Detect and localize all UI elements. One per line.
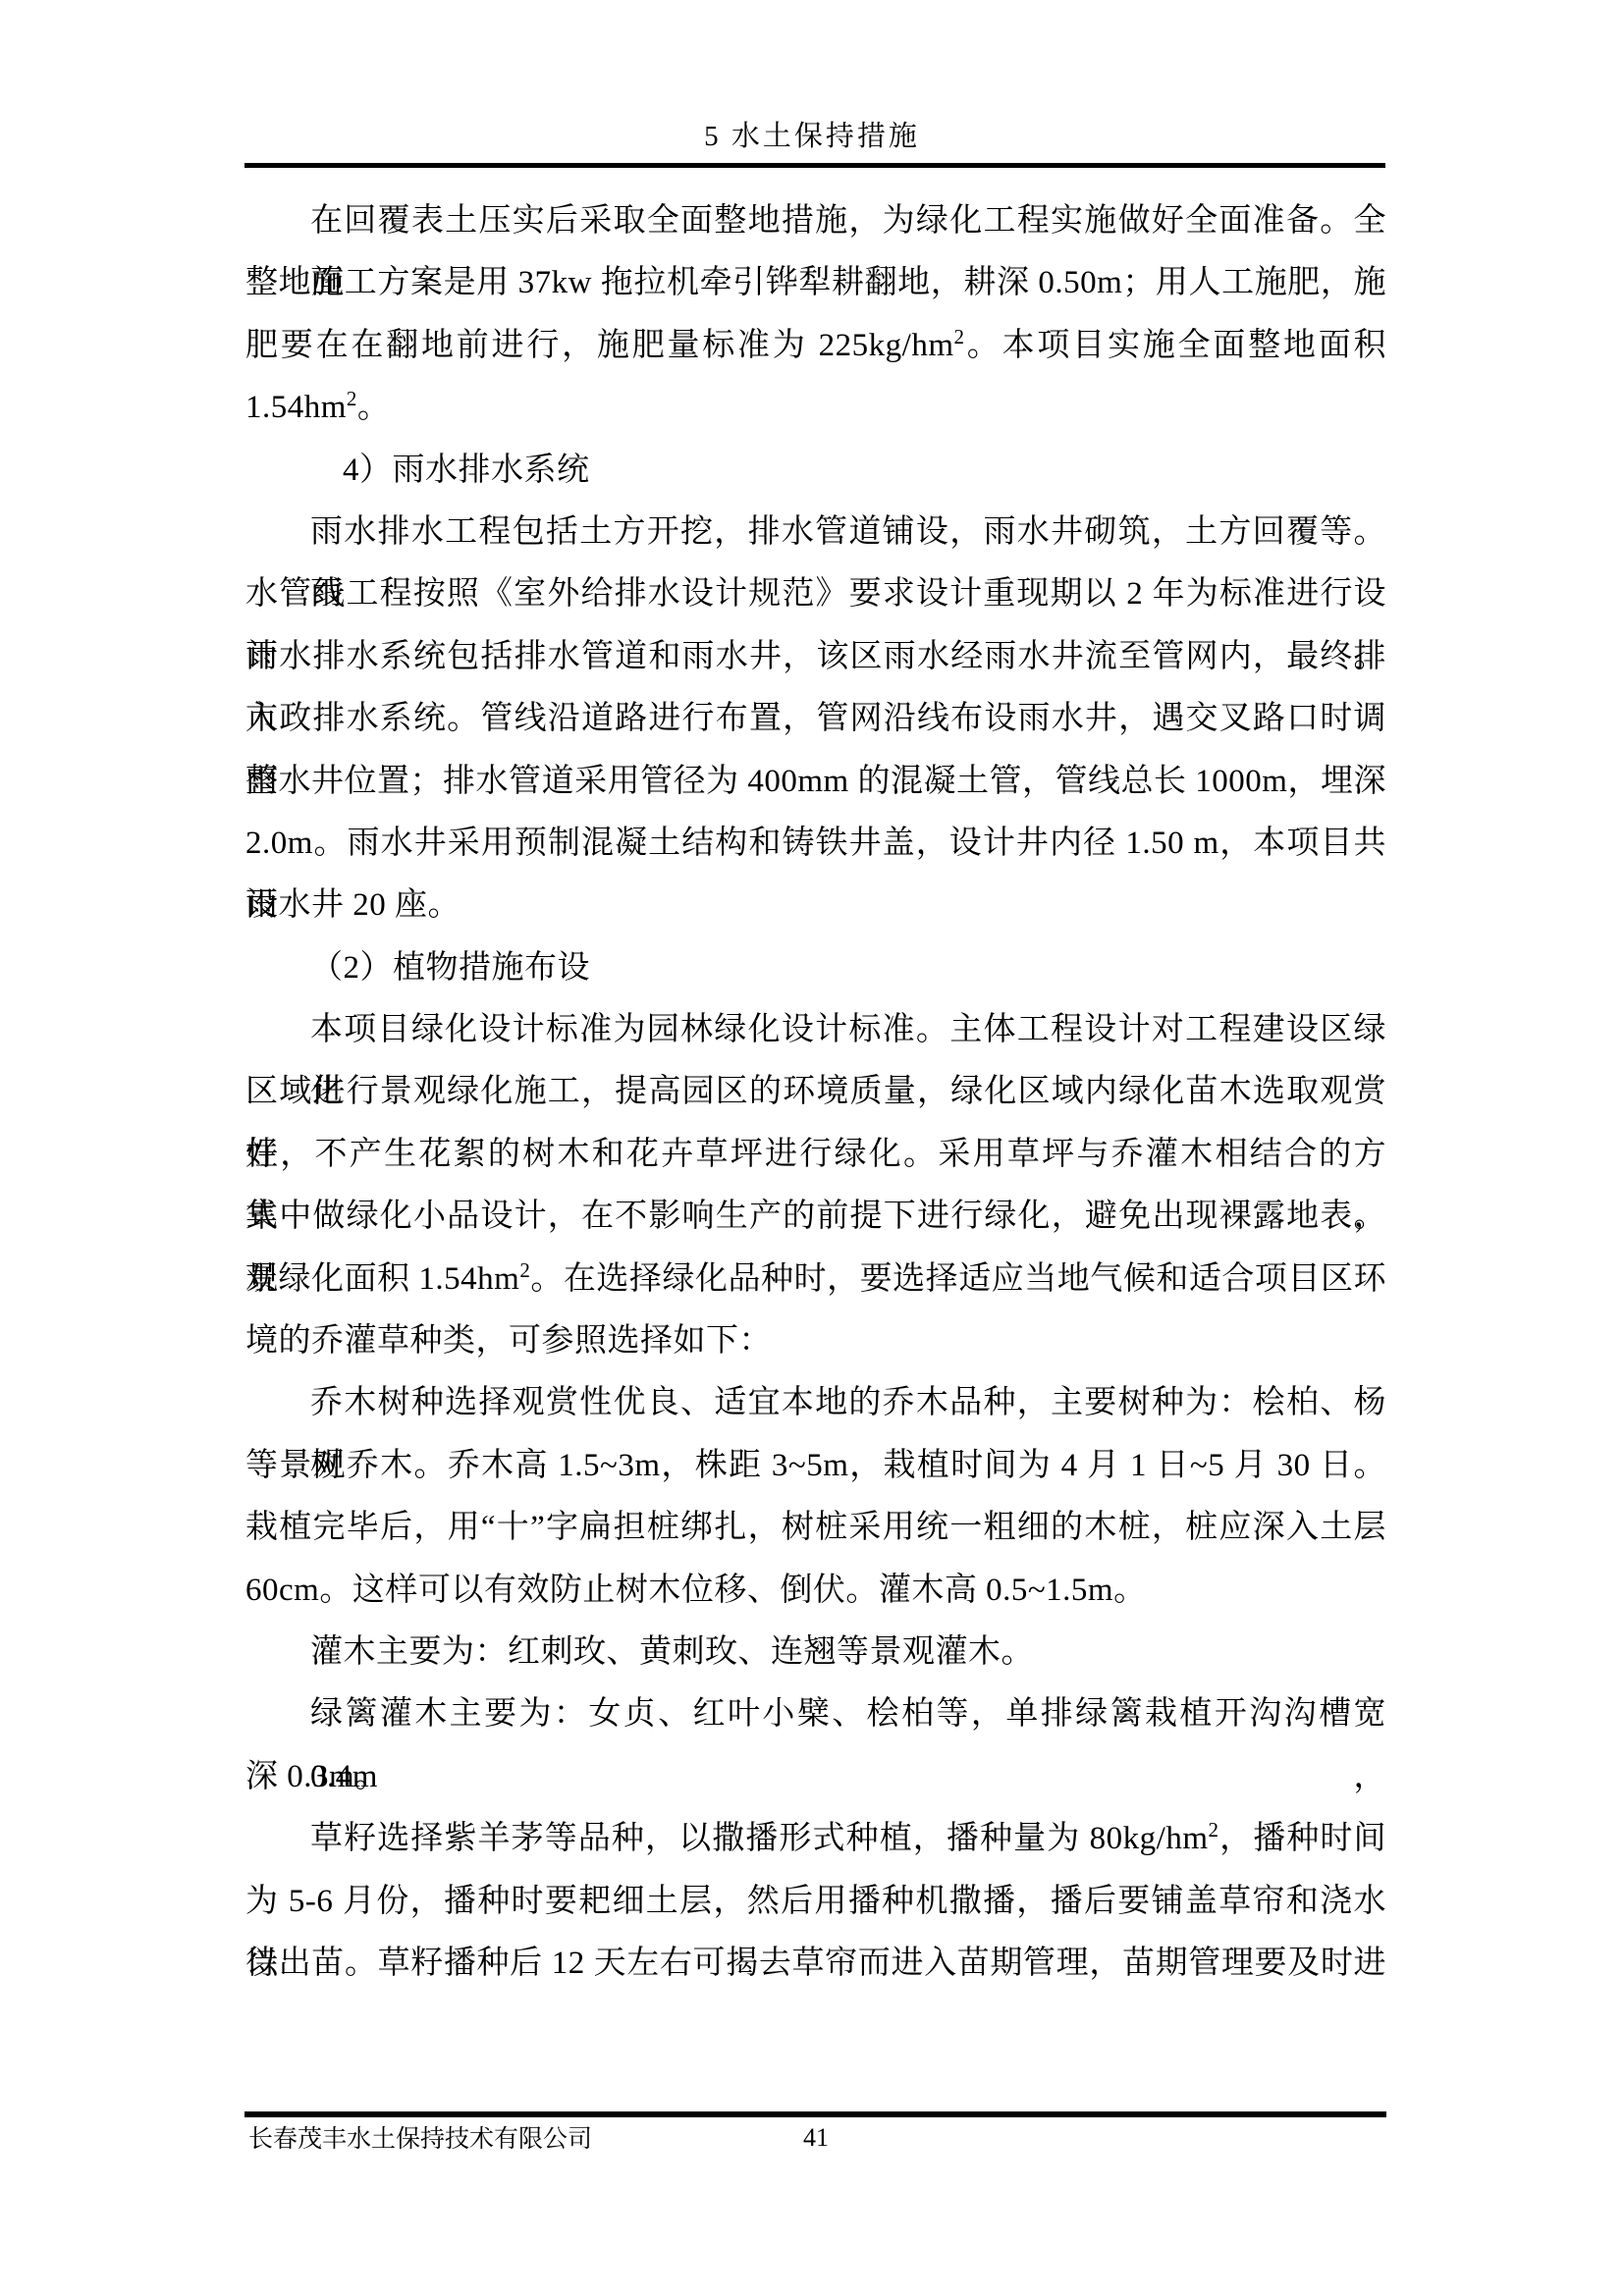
body-line: 待出苗。草籽播种后 12 天左右可揭去草帘而进入苗期管理，苗期管理要及时进 xyxy=(245,1933,1386,1995)
superscript: 2 xyxy=(954,325,965,348)
superscript: 2 xyxy=(1209,1818,1219,1842)
body-line: 雨水排水系统包括排水管道和雨水井，该区雨水经雨水井流至管网内，最终排入 xyxy=(245,626,1386,688)
text-segment: 等景观乔木。乔木高 1.5~3m，株距 3~5m，栽植时间为 4 月 1 日~5… xyxy=(245,1448,1386,1483)
body-line: 雨水井 20 座。 xyxy=(245,875,1386,936)
body-line: 集中做绿化小品设计，在不影响生产的前提下进行绿化，避免出现裸露地表。景 xyxy=(245,1186,1386,1248)
text-segment: 绿篱灌木主要为：女贞、红叶小檗、桧柏等，单排绿篱栽植开沟沟槽宽 0.4m， xyxy=(310,1696,1386,1793)
text-segment: 。 xyxy=(357,390,391,425)
body-line: 在回覆表土压实后采取全面整地措施，为绿化工程实施做好全面准备。全面 xyxy=(245,190,1386,252)
section-heading-plants: （2）植物措施布设 xyxy=(245,937,1386,999)
superscript: 2 xyxy=(347,387,357,410)
footer-rule xyxy=(244,2111,1386,2117)
body-line: 60cm。这样可以有效防止树木位移、倒伏。灌木高 0.5~1.5m。 xyxy=(245,1560,1386,1622)
body-line: 本项目绿化设计标准为园林绿化设计标准。主体工程设计对工程建设区绿化 xyxy=(245,999,1386,1061)
body-line: 观绿化面积 1.54hm2。在选择绿化品种时，要选择适应当地气候和适合项目区环 xyxy=(245,1249,1386,1310)
body-line: 等景观乔木。乔木高 1.5~3m，株距 3~5m，栽植时间为 4 月 1 日~5… xyxy=(245,1435,1386,1497)
text-segment: 4）雨水排水系统 xyxy=(343,453,590,488)
text-segment: 雨水井 20 座。 xyxy=(245,887,460,923)
page-header-title: 5 水土保持措施 xyxy=(0,114,1624,154)
text-segment: 整地施工方案是用 37kw 拖拉机牵引铧犁耕翻地，耕深 0.50m；用人工施肥，… xyxy=(245,265,1386,300)
body-line: 境的乔灌草种类，可参照选择如下： xyxy=(245,1310,1386,1372)
text-segment: 境的乔灌草种类，可参照选择如下： xyxy=(245,1323,772,1359)
body-line: 区域进行景观绿化施工，提高园区的环境质量，绿化区域内绿化苗木选取观赏性 xyxy=(245,1061,1386,1123)
body-line: 绿篱灌木主要为：女贞、红叶小檗、桧柏等，单排绿篱栽植开沟沟槽宽 0.4m， xyxy=(245,1683,1386,1745)
text-segment: 灌木主要为：红刺玫、黄刺玫、连翘等景观灌木。 xyxy=(310,1634,1034,1670)
body-line: 2.0m。雨水井采用预制混凝土结构和铸铁井盖，设计井内径 1.50 m，本项目共… xyxy=(245,813,1386,875)
body-line: 雨水井位置；排水管道采用管径为 400mm 的混凝土管，管线总长 1000m，埋… xyxy=(245,751,1386,813)
text-segment: 深 0.3m。 xyxy=(245,1759,388,1794)
body-line: 水管线工程按照《室外给排水设计规范》要求设计重现期以 2 年为标准进行设计。 xyxy=(245,563,1386,625)
body-line: 雨水排水工程包括土方开挖，排水管道铺设，雨水井砌筑，土方回覆等。雨 xyxy=(245,502,1386,563)
body-line: 草籽选择紫羊茅等品种，以撒播形式种植，播种量为 80kg/hm2，播种时间 xyxy=(245,1808,1386,1870)
body-line: 乔木树种选择观赏性优良、适宜本地的乔木品种，主要树种为：桧柏、杨树 xyxy=(245,1372,1386,1434)
text-segment: 。本项目实施全面整地面积 xyxy=(965,328,1386,363)
text-segment: （2）植物措施布设 xyxy=(310,950,590,986)
body-line: 好，不产生花絮的树木和花卉草坪进行绿化。采用草坪与乔灌木相结合的方式， xyxy=(245,1124,1386,1186)
text-segment: 1.54hm xyxy=(245,390,347,425)
text-segment: 肥要在在翻地前进行，施肥量标准为 225kg/hm xyxy=(245,328,954,363)
text-segment: 栽植完毕后，用“十”字扁担桩绑扎，树桩采用统一粗细的木桩，桩应深入土层 xyxy=(245,1510,1386,1545)
document-page: 5 水土保持措施 在回覆表土压实后采取全面整地措施，为绿化工程实施做好全面准备。… xyxy=(0,0,1624,2296)
text-segment: 观绿化面积 1.54hm xyxy=(245,1261,519,1297)
body-line: 灌木主要为：红刺玫、黄刺玫、连翘等景观灌木。 xyxy=(245,1622,1386,1683)
text-segment: 待出苗。草籽播种后 12 天左右可揭去草帘而进入苗期管理，苗期管理要及时进 xyxy=(245,1946,1386,1981)
text-segment: 草籽选择紫羊茅等品种，以撒播形式种植，播种量为 80kg/hm xyxy=(310,1821,1209,1856)
superscript: 2 xyxy=(519,1258,530,1282)
text-segment: 。在选择绿化品种时，要选择适应当地气候和适合项目区环 xyxy=(530,1261,1386,1297)
body-line: 市政排水系统。管线沿道路进行布置，管网沿线布设雨水井，遇交叉路口时调整 xyxy=(245,688,1386,750)
header-rule xyxy=(244,163,1385,168)
body-line: 1.54hm2。 xyxy=(245,377,1386,439)
text-segment: 雨水井位置；排水管道采用管径为 400mm 的混凝土管，管线总长 1000m，埋… xyxy=(245,764,1386,799)
text-segment: ，播种时间 xyxy=(1219,1821,1387,1856)
body-line: 整地施工方案是用 37kw 拖拉机牵引铧犁耕翻地，耕深 0.50m；用人工施肥，… xyxy=(245,252,1386,314)
text-segment: 60cm。这样可以有效防止树木位移、倒伏。灌木高 0.5~1.5m。 xyxy=(245,1573,1147,1608)
footer-page-number: 41 xyxy=(245,2121,1386,2155)
document-body: 在回覆表土压实后采取全面整地措施，为绿化工程实施做好全面准备。全面整地施工方案是… xyxy=(245,190,1386,1995)
body-line: 肥要在在翻地前进行，施肥量标准为 225kg/hm2。本项目实施全面整地面积 xyxy=(245,315,1386,377)
body-line: 为 5-6 月份，播种时要耙细土层，然后用播种机撒播，播后要铺盖草帘和浇水以 xyxy=(245,1871,1386,1933)
body-line: 栽植完毕后，用“十”字扁担桩绑扎，树桩采用统一粗细的木桩，桩应深入土层 xyxy=(245,1497,1386,1559)
section-heading-rainwater: 4）雨水排水系统 xyxy=(245,440,1386,502)
